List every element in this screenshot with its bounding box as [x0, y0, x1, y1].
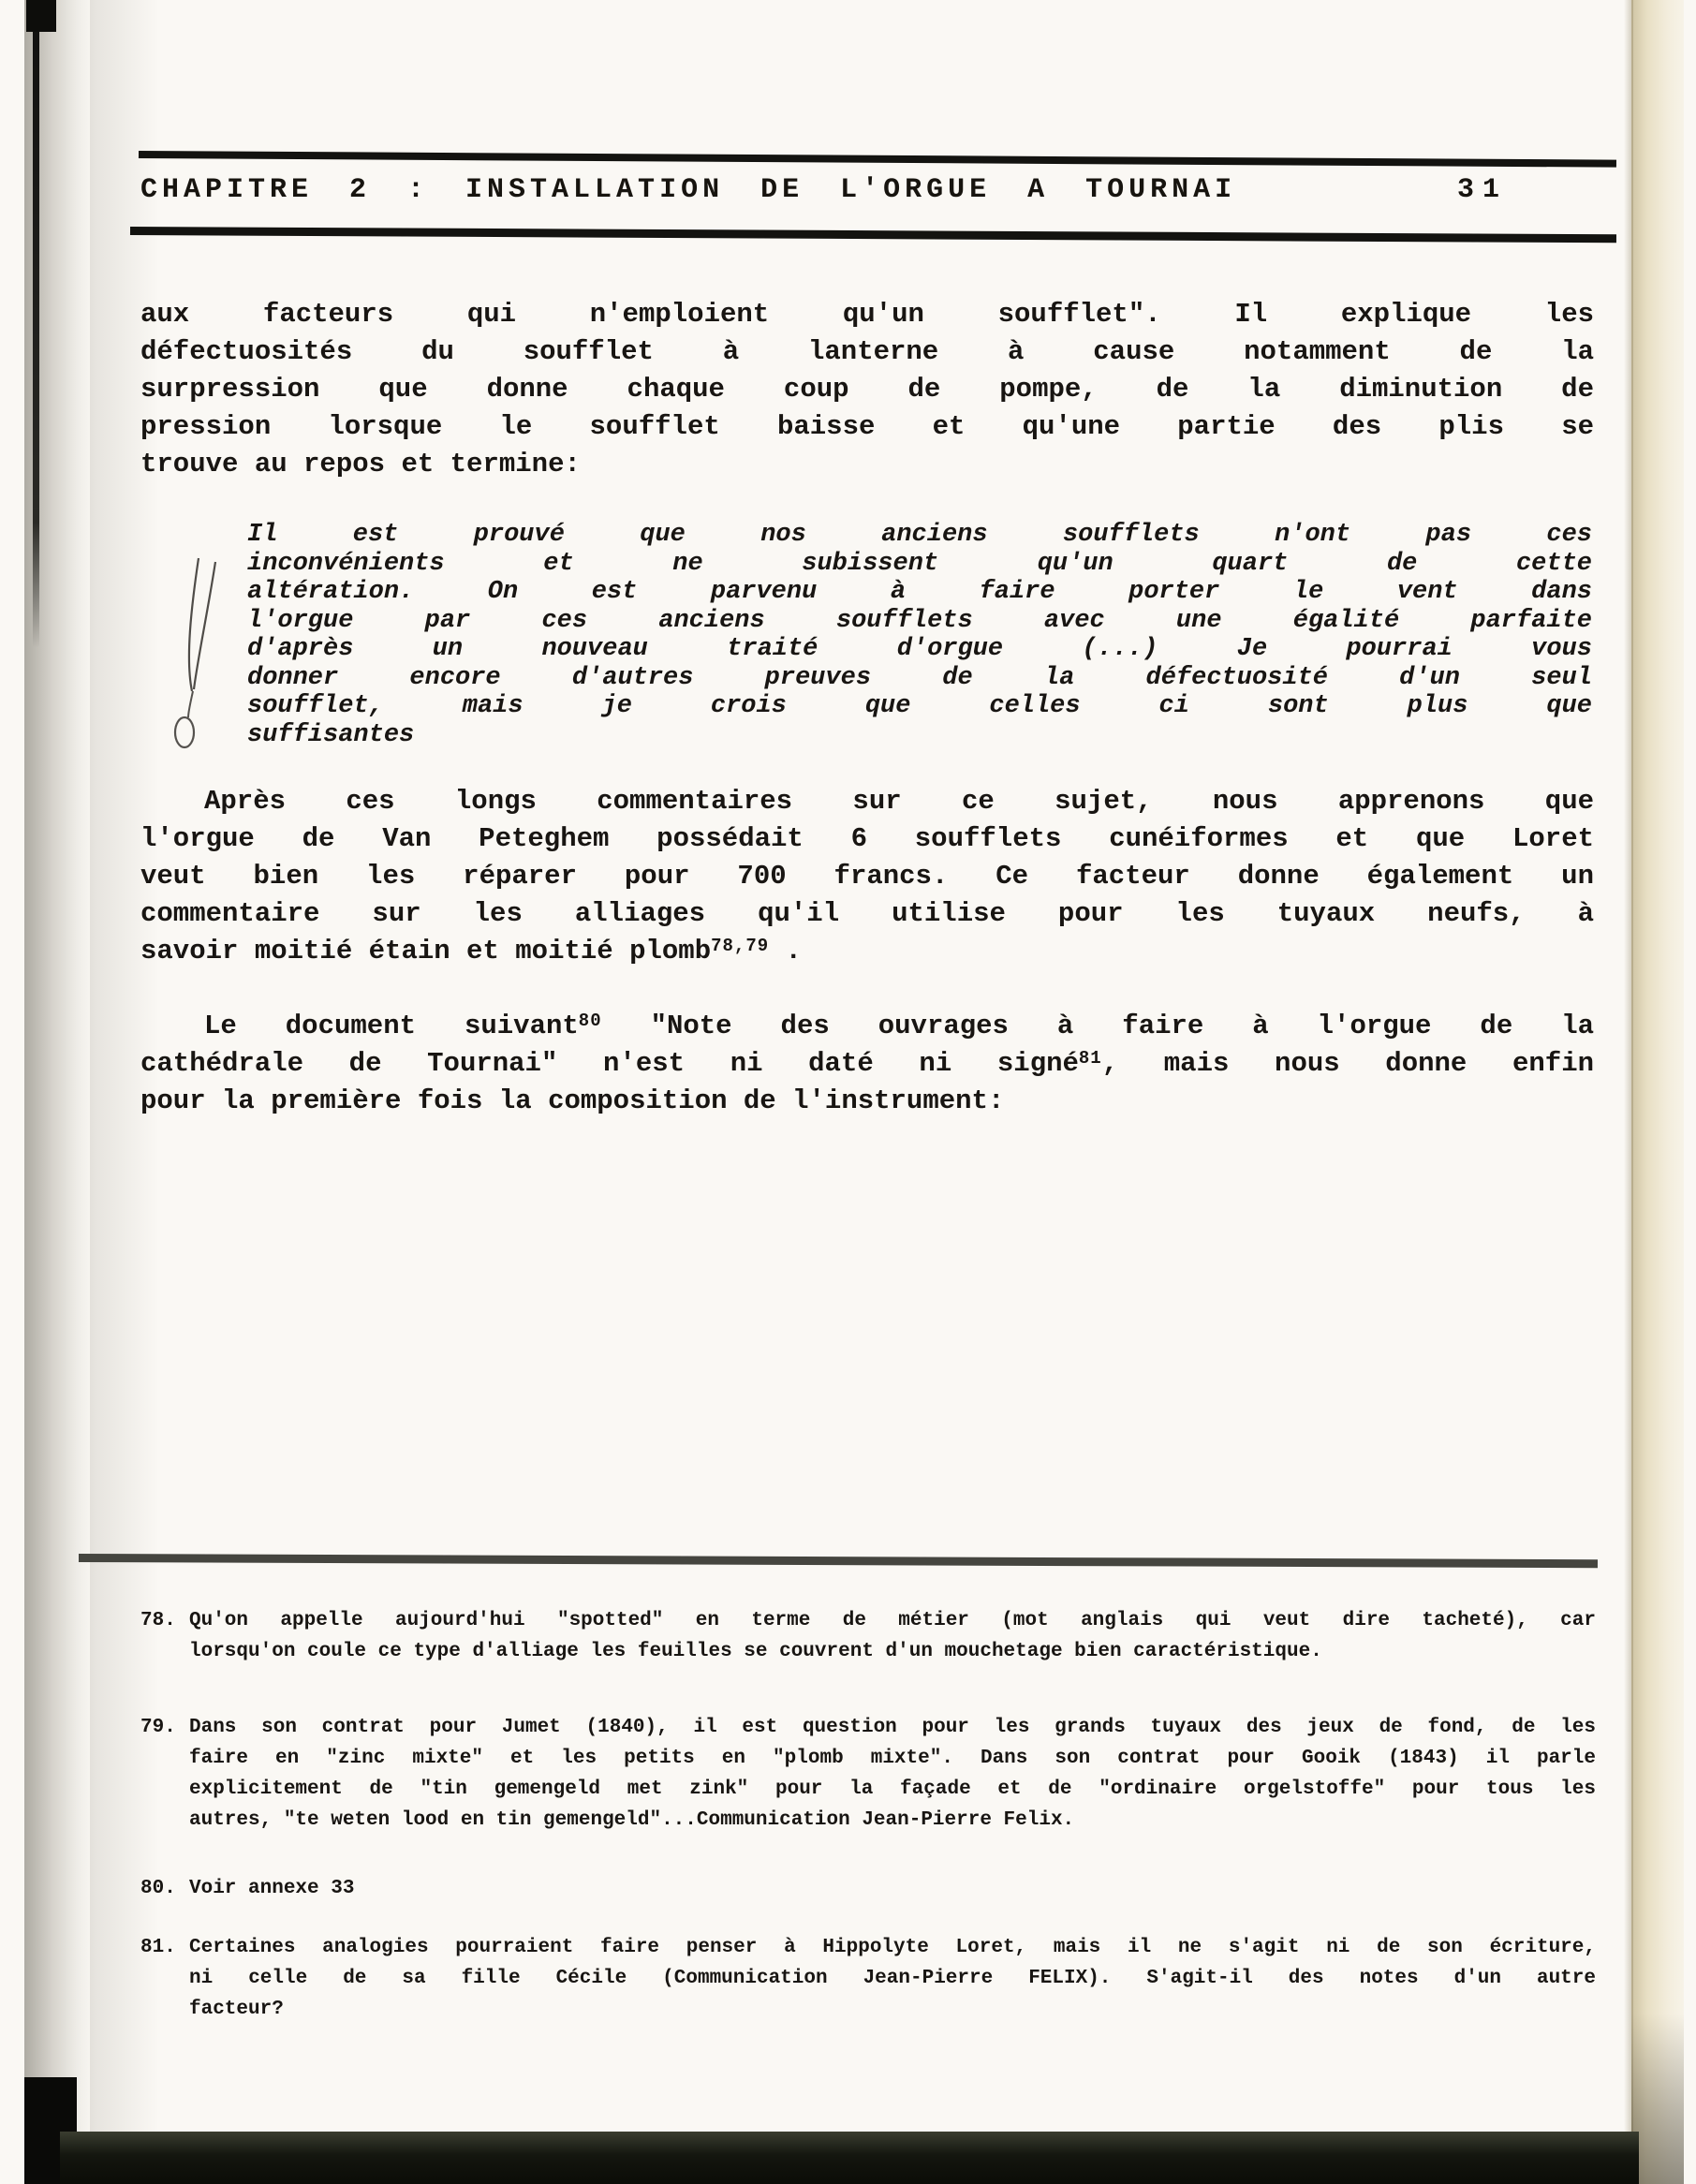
- footnote-line: Voir annexe 33: [189, 1873, 1596, 1904]
- text-line: surpression que donne chaque coup de pom…: [140, 371, 1594, 408]
- quote-line: altération. On est parvenu à faire porte…: [247, 578, 1592, 607]
- scan-edge-right: [1631, 0, 1684, 2184]
- text-segment: .: [769, 936, 802, 967]
- text-segment: , mais nous donne enfin: [1102, 1048, 1594, 1079]
- scan-edge-right-bottom-shadow: [1631, 2014, 1684, 2184]
- quote-line: inconvénients et ne subissent qu'un quar…: [247, 550, 1592, 579]
- text-line: commentaire sur les alliages qu'il utili…: [140, 895, 1594, 933]
- header-rule-top: [139, 151, 1616, 168]
- scan-edge-left-line: [33, 19, 39, 648]
- text-segment: cathédrale de Tournai" n'est ni daté ni …: [140, 1048, 1079, 1079]
- footnote-ref-81: 81: [1079, 1048, 1102, 1069]
- footnote-line: faire en "zinc mixte" et les petits en "…: [189, 1743, 1596, 1774]
- footnote-line: lorsqu'on coule ce type d'alliage les fe…: [189, 1636, 1596, 1667]
- quote-line: suffisantes: [247, 721, 1592, 750]
- footnote-number: 79.: [140, 1712, 176, 1743]
- text-line: pour la première fois la composition de …: [140, 1083, 1594, 1120]
- footnote-line: Certaines analogies pourraient faire pen…: [189, 1932, 1596, 1963]
- footnote-80: 80. Voir annexe 33: [140, 1873, 1596, 1904]
- footnote-separator-rule: [79, 1554, 1598, 1568]
- header-rule-bottom: [130, 227, 1616, 243]
- text-line: l'orgue de Van Peteghem possédait 6 souf…: [140, 820, 1594, 858]
- text-line: veut bien les réparer pour 700 francs. C…: [140, 858, 1594, 895]
- text-line: Après ces longs commentaires sur ce suje…: [140, 783, 1594, 820]
- footnote-ref-78-79: 78,79: [711, 936, 769, 956]
- footnote-78: 78. Qu'on appelle aujourd'hui "spotted" …: [140, 1605, 1596, 1667]
- footnote-number: 78.: [140, 1605, 176, 1636]
- footnote-line: ni celle de sa fille Cécile (Communicati…: [189, 1963, 1596, 1994]
- text-line: pression lorsque le soufflet baisse et q…: [140, 408, 1594, 446]
- footnote-line: Dans son contrat pour Jumet (1840), il e…: [189, 1712, 1596, 1743]
- quote-line: l'orgue par ces anciens soufflets avec u…: [247, 607, 1592, 636]
- scan-shadow-bottom: [60, 2132, 1639, 2184]
- text-line: savoir moitié étain et moitié plomb78,79…: [140, 933, 1594, 970]
- footnote-81: 81. Certaines analogies pourraient faire…: [140, 1932, 1596, 2025]
- text-line: cathédrale de Tournai" n'est ni daté ni …: [140, 1045, 1594, 1083]
- footnote-number: 80.: [140, 1873, 176, 1904]
- footnote-79: 79. Dans son contrat pour Jumet (1840), …: [140, 1712, 1596, 1836]
- text-segment: savoir moitié étain et moitié plomb: [140, 936, 711, 967]
- text-line: Le document suivant80 "Note des ouvrages…: [140, 1008, 1594, 1045]
- handwritten-margin-mark-icon: [167, 554, 232, 756]
- footnote-line: explicitement de "tin gemengeld met zink…: [189, 1774, 1596, 1805]
- footnote-line: autres, "te weten lood en tin gemengeld"…: [189, 1805, 1596, 1836]
- page-number: 31: [1457, 174, 1508, 206]
- footnote-line: Qu'on appelle aujourd'hui "spotted" en t…: [189, 1605, 1596, 1636]
- text-segment: Le document suivant: [204, 1011, 579, 1041]
- text-line: trouve au repos et termine:: [140, 446, 1594, 483]
- quote-line: soufflet, mais je crois que celles ci so…: [247, 692, 1592, 721]
- footnote-number: 81.: [140, 1932, 176, 1963]
- chapter-header: CHAPITRE 2 : INSTALLATION DE L'ORGUE A T…: [140, 174, 1452, 206]
- body-paragraph-2: Après ces longs commentaires sur ce suje…: [140, 783, 1594, 970]
- footnote-ref-80: 80: [579, 1011, 602, 1031]
- scan-edge-right-shadow: [1624, 0, 1633, 2184]
- quote-line: donner encore d'autres preuves de la déf…: [247, 664, 1592, 693]
- body-paragraph-3: Le document suivant80 "Note des ouvrages…: [140, 1008, 1594, 1120]
- quote-line: d'après un nouveau traité d'orgue (...) …: [247, 635, 1592, 664]
- footnote-line: facteur?: [189, 1994, 1596, 2025]
- quote-line: Il est prouvé que nos anciens soufflets …: [247, 521, 1592, 550]
- block-quote: Il est prouvé que nos anciens soufflets …: [247, 521, 1592, 749]
- text-line: aux facteurs qui n'emploient qu'un souff…: [140, 296, 1594, 333]
- text-line: défectuosités du soufflet à lanterne à c…: [140, 333, 1594, 371]
- scanned-book-page: CHAPITRE 2 : INSTALLATION DE L'ORGUE A T…: [0, 0, 1696, 2184]
- text-segment: "Note des ouvrages à faire à l'orgue de …: [602, 1011, 1594, 1041]
- body-paragraph-1: aux facteurs qui n'emploient qu'un souff…: [140, 296, 1594, 483]
- footnotes-section: 78. Qu'on appelle aujourd'hui "spotted" …: [140, 1605, 1596, 2025]
- scan-corner-top-left: [26, 0, 56, 32]
